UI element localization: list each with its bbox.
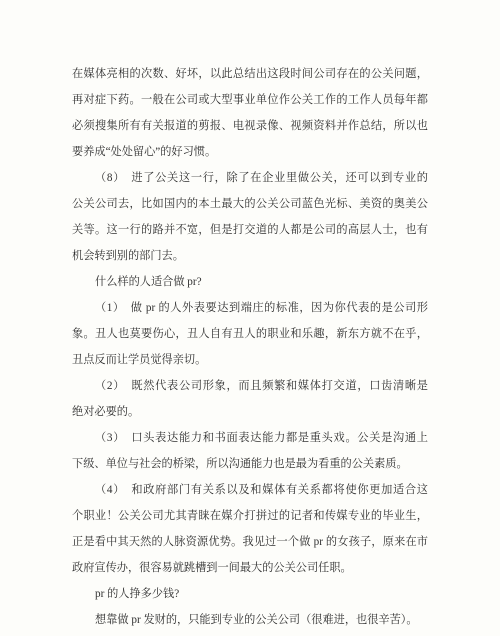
text-line: 关等。这一行的路并不宽，但是打交道的人都是公司的高层人士，也有 <box>72 217 428 243</box>
text-line: pr 的人挣多少钱? <box>72 581 428 607</box>
text-line: 个职业！公关公司尤其青睐在媒介打拼过的记者和传媒专业的毕业生， <box>72 503 428 529</box>
text-line: 象。丑人也莫要伤心，丑人自有丑人的职业和乐趣，新东方就不在乎， <box>72 321 428 347</box>
document-background: { "document": { "colors": { "background"… <box>0 0 500 636</box>
text-line: 下级、单位与社会的桥梁，所以沟通能力也是最为看重的公关素质。 <box>72 451 428 477</box>
text-line: 公关公司去，比如国内的本土最大的公关公司蓝色光标、美资的奥美公 <box>72 191 428 217</box>
text-line: （1） 做 pr 的人外表要达到端庄的标准，因为你代表的是公司形 <box>72 295 428 321</box>
text-line: （4） 和政府部门有关系以及和媒体有关系都将使你更加适合这 <box>72 477 428 503</box>
text-line: 想靠做 pr 发财的，只能到专业的公关公司（很难进，也很辛苦）。 <box>72 607 428 633</box>
text-line: 必须搜集所有有关报道的剪报、电视录像、视频资料并作总结，所以也 <box>72 113 428 139</box>
text-line: 绝对必要的。 <box>72 399 428 425</box>
text-line: 正是看中其天然的人脉资源优势。我见过一个做 pr 的女孩子，原来在市 <box>72 529 428 555</box>
text-line: 政府宣传办，很容易就跳槽到一间最大的公关公司任职。 <box>72 555 428 581</box>
text-line: 在媒体亮相的次数、好坏，以此总结出这段时间公司存在的公关问题， <box>72 61 428 87</box>
text-line: 丑点反而让学员觉得亲切。 <box>72 347 428 373</box>
text-line: 再对症下药。一般在公司或大型事业单位作公关工作的工作人员每年都 <box>72 87 428 113</box>
text-line: （8） 进了公关这一行，除了在企业里做公关，还可以到专业的 <box>72 165 428 191</box>
text-line: （3） 口头表达能力和书面表达能力都是重头戏。公关是沟通上 <box>72 425 428 451</box>
text-line: （2） 既然代表公司形象，而且频繁和媒体打交道，口齿清晰是 <box>72 373 428 399</box>
text-line: 要养成“处处留心”的好习惯。 <box>72 139 428 165</box>
text-line: 机会转到别的部门去。 <box>72 243 428 269</box>
text-line: 什么样的人适合做 pr? <box>72 269 428 295</box>
document-page: 在媒体亮相的次数、好坏，以此总结出这段时间公司存在的公关问题，再对症下药。一般在… <box>72 61 428 633</box>
